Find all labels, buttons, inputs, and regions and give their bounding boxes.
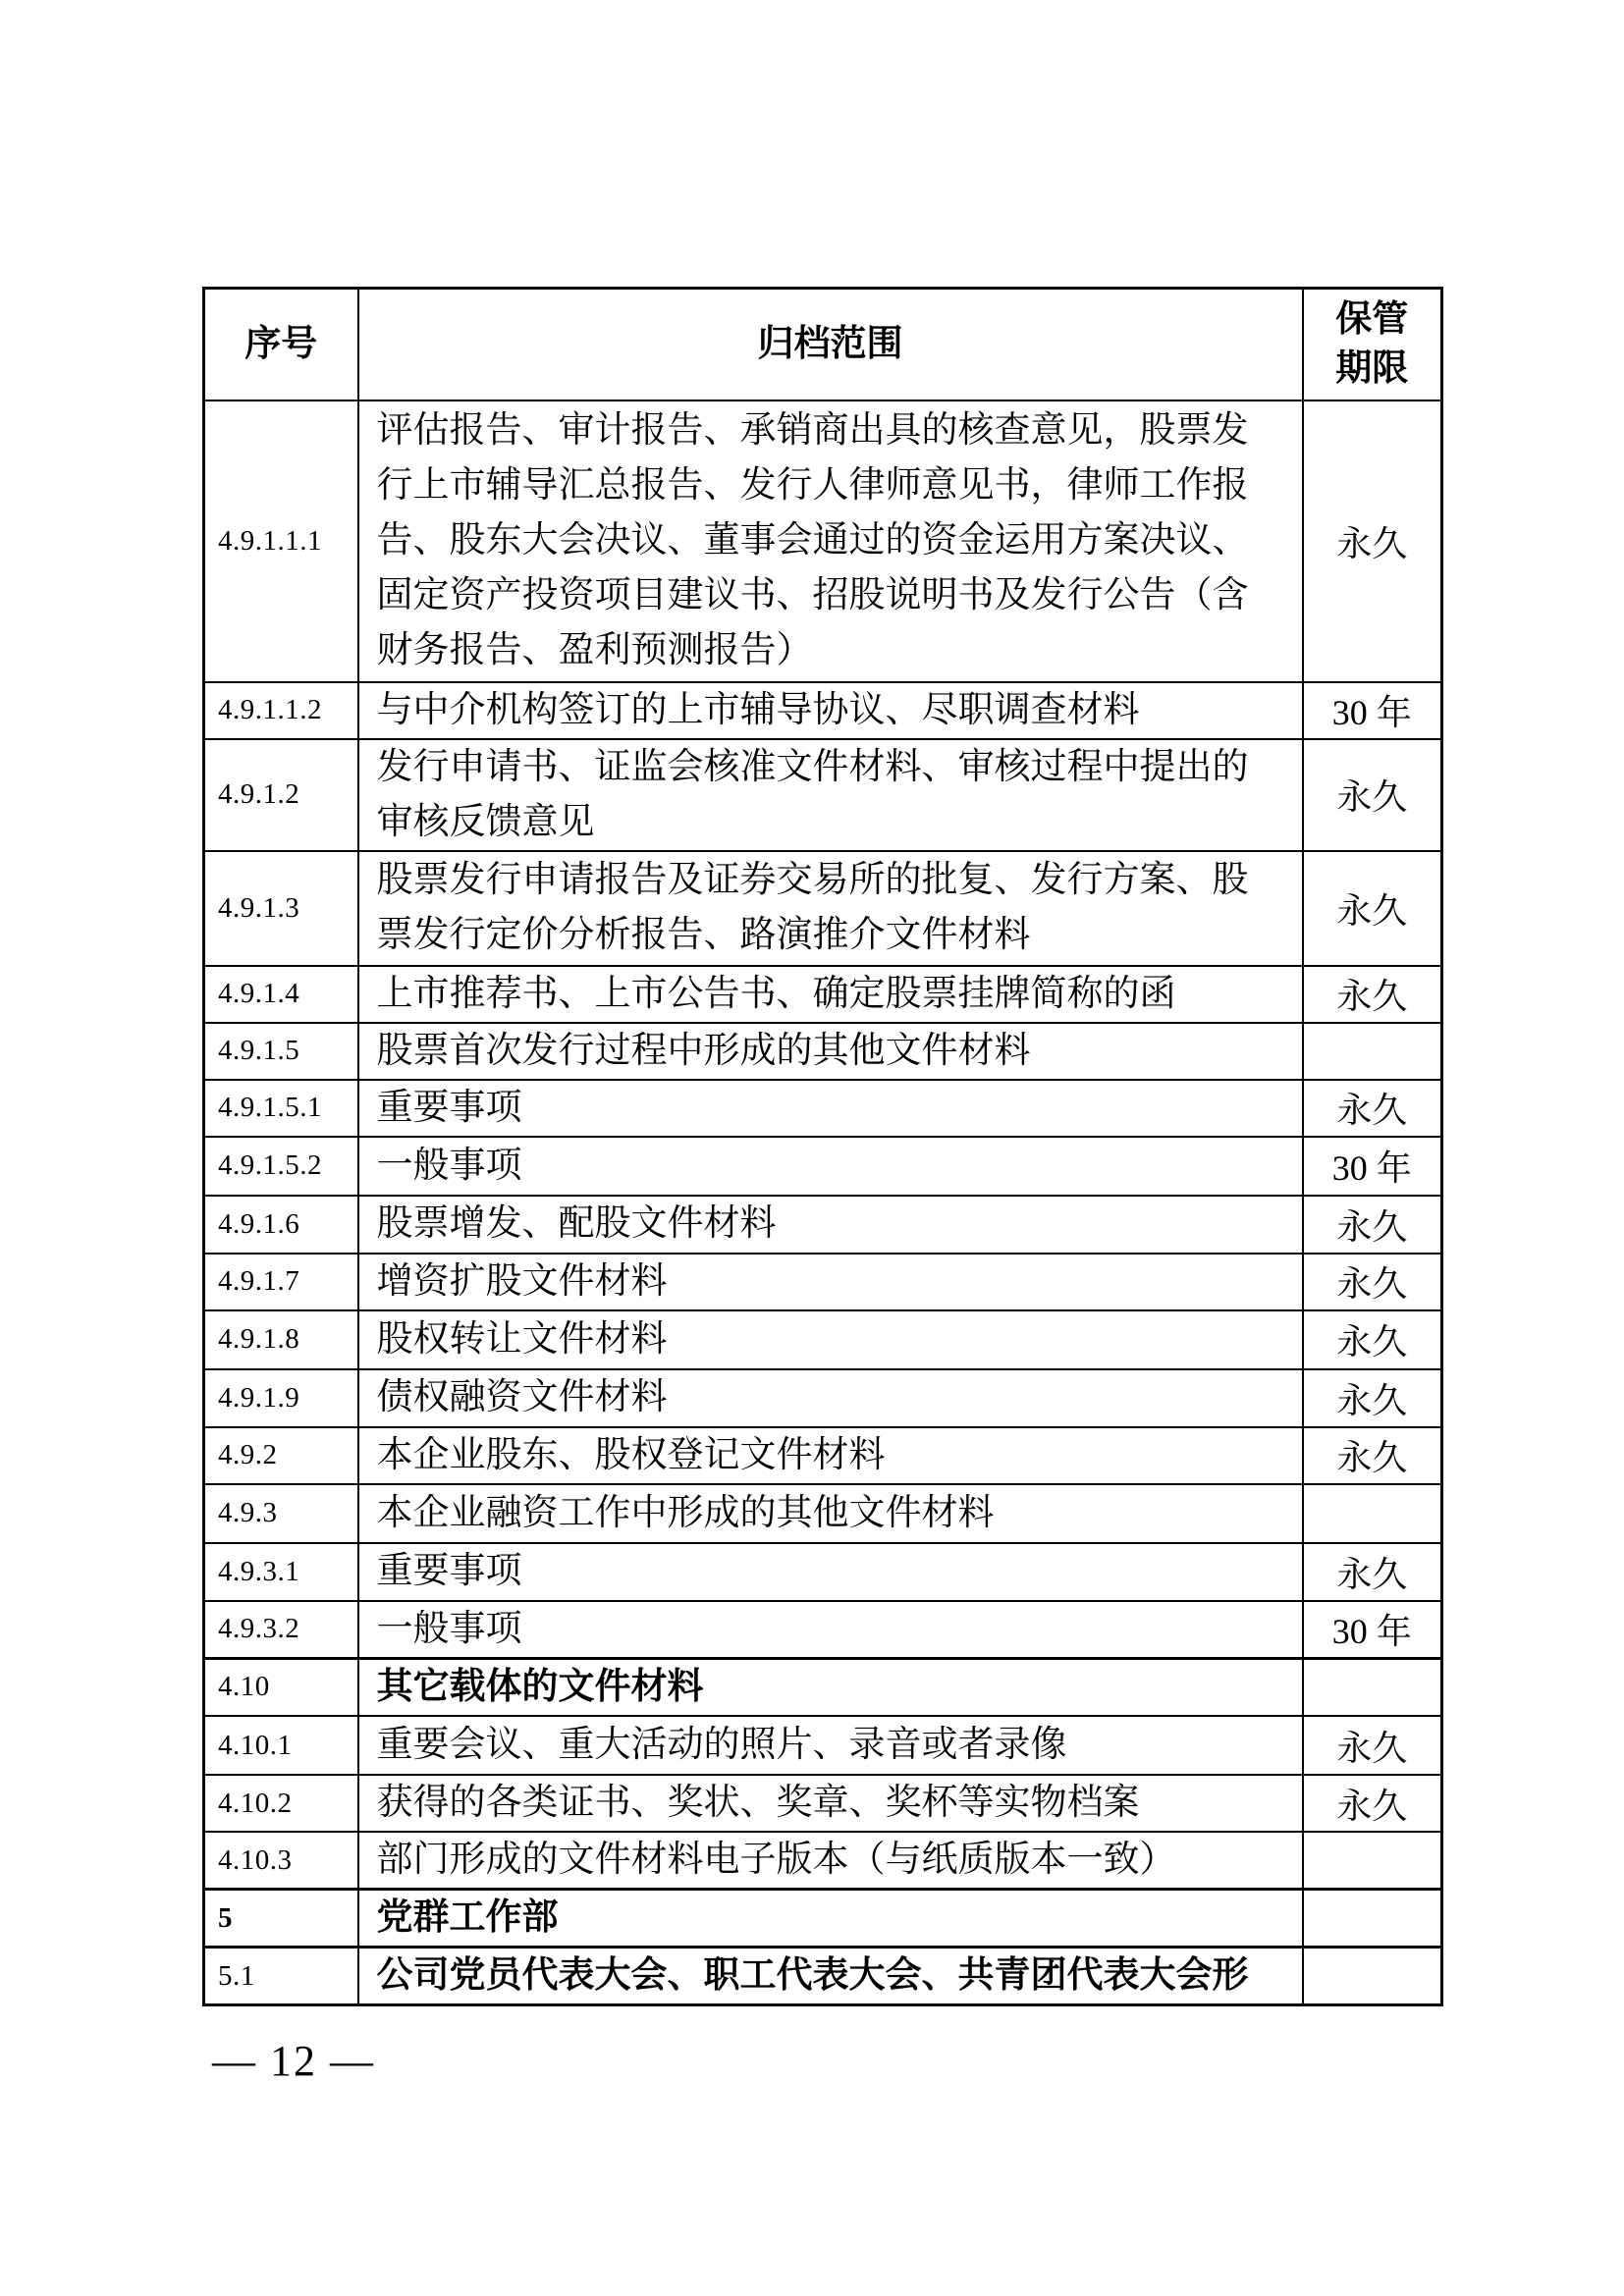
table-row: 4.9.1.9债权融资文件材料永久 (204, 1369, 1442, 1427)
row-id-cell: 4.10.1 (204, 1716, 358, 1775)
row-id-cell: 4.9.3 (204, 1484, 358, 1543)
row-id-cell: 4.9.1.2 (204, 739, 358, 851)
scope-cell: 评估报告、审计报告、承销商出具的核查意见，股票发行上市辅导汇总报告、发行人律师意… (358, 400, 1303, 682)
retention-cell: 30 年 (1303, 682, 1442, 739)
retention-cell: 30 年 (1303, 1137, 1442, 1196)
retention-cell: 永久 (1303, 1254, 1442, 1310)
table-row: 4.9.1.6股票增发、配股文件材料永久 (204, 1196, 1442, 1254)
retention-cell (1303, 1948, 1442, 2005)
retention-cell: 永久 (1303, 1369, 1442, 1427)
row-id-cell: 4.9.3.2 (204, 1601, 358, 1659)
row-id-cell: 4.9.1.8 (204, 1310, 358, 1369)
scope-cell: 股票发行申请报告及证券交易所的批复、发行方案、股票发行定价分析报告、路演推介文件… (358, 851, 1303, 966)
table-row: 4.9.1.8股权转让文件材料永久 (204, 1310, 1442, 1369)
scope-cell: 与中介机构签订的上市辅导协议、尽职调查材料 (358, 682, 1303, 739)
table-row: 4.9.1.1.2与中介机构签订的上市辅导协议、尽职调查材料30 年 (204, 682, 1442, 739)
retention-cell: 永久 (1303, 1196, 1442, 1254)
table-row: 5.1公司党员代表大会、职工代表大会、共青团代表大会形 (204, 1948, 1442, 2005)
table-row: 4.10其它载体的文件材料 (204, 1658, 1442, 1716)
table-row: 4.9.1.5.1重要事项永久 (204, 1080, 1442, 1137)
retention-cell: 永久 (1303, 1310, 1442, 1369)
row-id-cell: 4.9.1.4 (204, 966, 358, 1023)
table-row: 5党群工作部 (204, 1890, 1442, 1948)
row-id-cell: 4.9.1.3 (204, 851, 358, 966)
scope-cell: 重要事项 (358, 1080, 1303, 1137)
scope-cell: 一般事项 (358, 1601, 1303, 1659)
table-row: 4.10.2获得的各类证书、奖状、奖章、奖杯等实物档案永久 (204, 1775, 1442, 1832)
scope-cell: 本企业股东、股权登记文件材料 (358, 1427, 1303, 1484)
table-row: 4.9.1.5.2一般事项30 年 (204, 1137, 1442, 1196)
row-id-cell: 4.9.1.5 (204, 1023, 358, 1080)
row-id-cell: 5 (204, 1890, 358, 1948)
table-row: 4.9.3本企业融资工作中形成的其他文件材料 (204, 1484, 1442, 1543)
retention-cell: 永久 (1303, 739, 1442, 851)
retention-cell: 永久 (1303, 400, 1442, 682)
page-number: — 12 — (212, 2036, 375, 2086)
scope-cell: 公司党员代表大会、职工代表大会、共青团代表大会形 (358, 1948, 1303, 2005)
scope-cell: 上市推荐书、上市公告书、确定股票挂牌简称的函 (358, 966, 1303, 1023)
table-row: 4.9.1.7增资扩股文件材料永久 (204, 1254, 1442, 1310)
scope-cell: 发行申请书、证监会核准文件材料、审核过程中提出的审核反馈意见 (358, 739, 1303, 851)
row-id-cell: 4.9.1.7 (204, 1254, 358, 1310)
retention-cell: 30 年 (1303, 1601, 1442, 1659)
row-id-cell: 4.9.1.1.1 (204, 400, 358, 682)
row-id-cell: 4.10 (204, 1658, 358, 1716)
table-row: 4.9.1.1.1评估报告、审计报告、承销商出具的核查意见，股票发行上市辅导汇总… (204, 400, 1442, 682)
row-id-cell: 4.9.1.1.2 (204, 682, 358, 739)
table-row: 4.9.1.2发行申请书、证监会核准文件材料、审核过程中提出的审核反馈意见永久 (204, 739, 1442, 851)
table-row: 4.9.2本企业股东、股权登记文件材料永久 (204, 1427, 1442, 1484)
row-id-cell: 4.9.2 (204, 1427, 358, 1484)
table-row: 4.10.1重要会议、重大活动的照片、录音或者录像永久 (204, 1716, 1442, 1775)
row-id-cell: 4.9.1.6 (204, 1196, 358, 1254)
scope-cell: 部门形成的文件材料电子版本（与纸质版本一致） (358, 1832, 1303, 1890)
table-row: 4.9.1.5股票首次发行过程中形成的其他文件材料 (204, 1023, 1442, 1080)
retention-cell: 永久 (1303, 1775, 1442, 1832)
scope-cell: 债权融资文件材料 (358, 1369, 1303, 1427)
retention-cell: 永久 (1303, 1427, 1442, 1484)
row-id-cell: 4.9.3.1 (204, 1543, 358, 1601)
table-row: 4.9.1.3股票发行申请报告及证券交易所的批复、发行方案、股票发行定价分析报告… (204, 851, 1442, 966)
header-seq-cell: 序号 (204, 289, 358, 400)
retention-cell: 永久 (1303, 1716, 1442, 1775)
scope-cell: 股票增发、配股文件材料 (358, 1196, 1303, 1254)
scope-cell: 增资扩股文件材料 (358, 1254, 1303, 1310)
retention-cell: 永久 (1303, 966, 1442, 1023)
retention-cell (1303, 1832, 1442, 1890)
retention-cell (1303, 1890, 1442, 1948)
retention-cell (1303, 1658, 1442, 1716)
scope-cell: 股权转让文件材料 (358, 1310, 1303, 1369)
row-id-cell: 4.10.2 (204, 1775, 358, 1832)
row-id-cell: 4.9.1.5.2 (204, 1137, 358, 1196)
scope-cell: 股票首次发行过程中形成的其他文件材料 (358, 1023, 1303, 1080)
header-scope-cell: 归档范围 (358, 289, 1303, 400)
scope-cell: 本企业融资工作中形成的其他文件材料 (358, 1484, 1303, 1543)
row-id-cell: 5.1 (204, 1948, 358, 2005)
retention-cell: 永久 (1303, 1543, 1442, 1601)
row-id-cell: 4.9.1.5.1 (204, 1080, 358, 1137)
retention-cell: 永久 (1303, 1080, 1442, 1137)
retention-cell (1303, 1023, 1442, 1080)
scope-cell: 其它载体的文件材料 (358, 1658, 1303, 1716)
scope-cell: 一般事项 (358, 1137, 1303, 1196)
scope-cell: 重要会议、重大活动的照片、录音或者录像 (358, 1716, 1303, 1775)
archive-scope-table: 序号 归档范围 保管 期限 4.9.1.1.1评估报告、审计报告、承销商出具的核… (202, 287, 1443, 2006)
scope-cell: 重要事项 (358, 1543, 1303, 1601)
scope-cell: 获得的各类证书、奖状、奖章、奖杯等实物档案 (358, 1775, 1303, 1832)
header-retention-cell: 保管 期限 (1303, 289, 1442, 400)
table-body: 4.9.1.1.1评估报告、审计报告、承销商出具的核查意见，股票发行上市辅导汇总… (204, 400, 1442, 2005)
table-row: 4.10.3部门形成的文件材料电子版本（与纸质版本一致） (204, 1832, 1442, 1890)
header-row: 序号 归档范围 保管 期限 (204, 289, 1442, 400)
retention-cell: 永久 (1303, 851, 1442, 966)
table-row: 4.9.3.2一般事项30 年 (204, 1601, 1442, 1659)
table-row: 4.9.1.4上市推荐书、上市公告书、确定股票挂牌简称的函永久 (204, 966, 1442, 1023)
scope-cell: 党群工作部 (358, 1890, 1303, 1948)
table-row: 4.9.3.1重要事项永久 (204, 1543, 1442, 1601)
retention-cell (1303, 1484, 1442, 1543)
row-id-cell: 4.10.3 (204, 1832, 358, 1890)
row-id-cell: 4.9.1.9 (204, 1369, 358, 1427)
